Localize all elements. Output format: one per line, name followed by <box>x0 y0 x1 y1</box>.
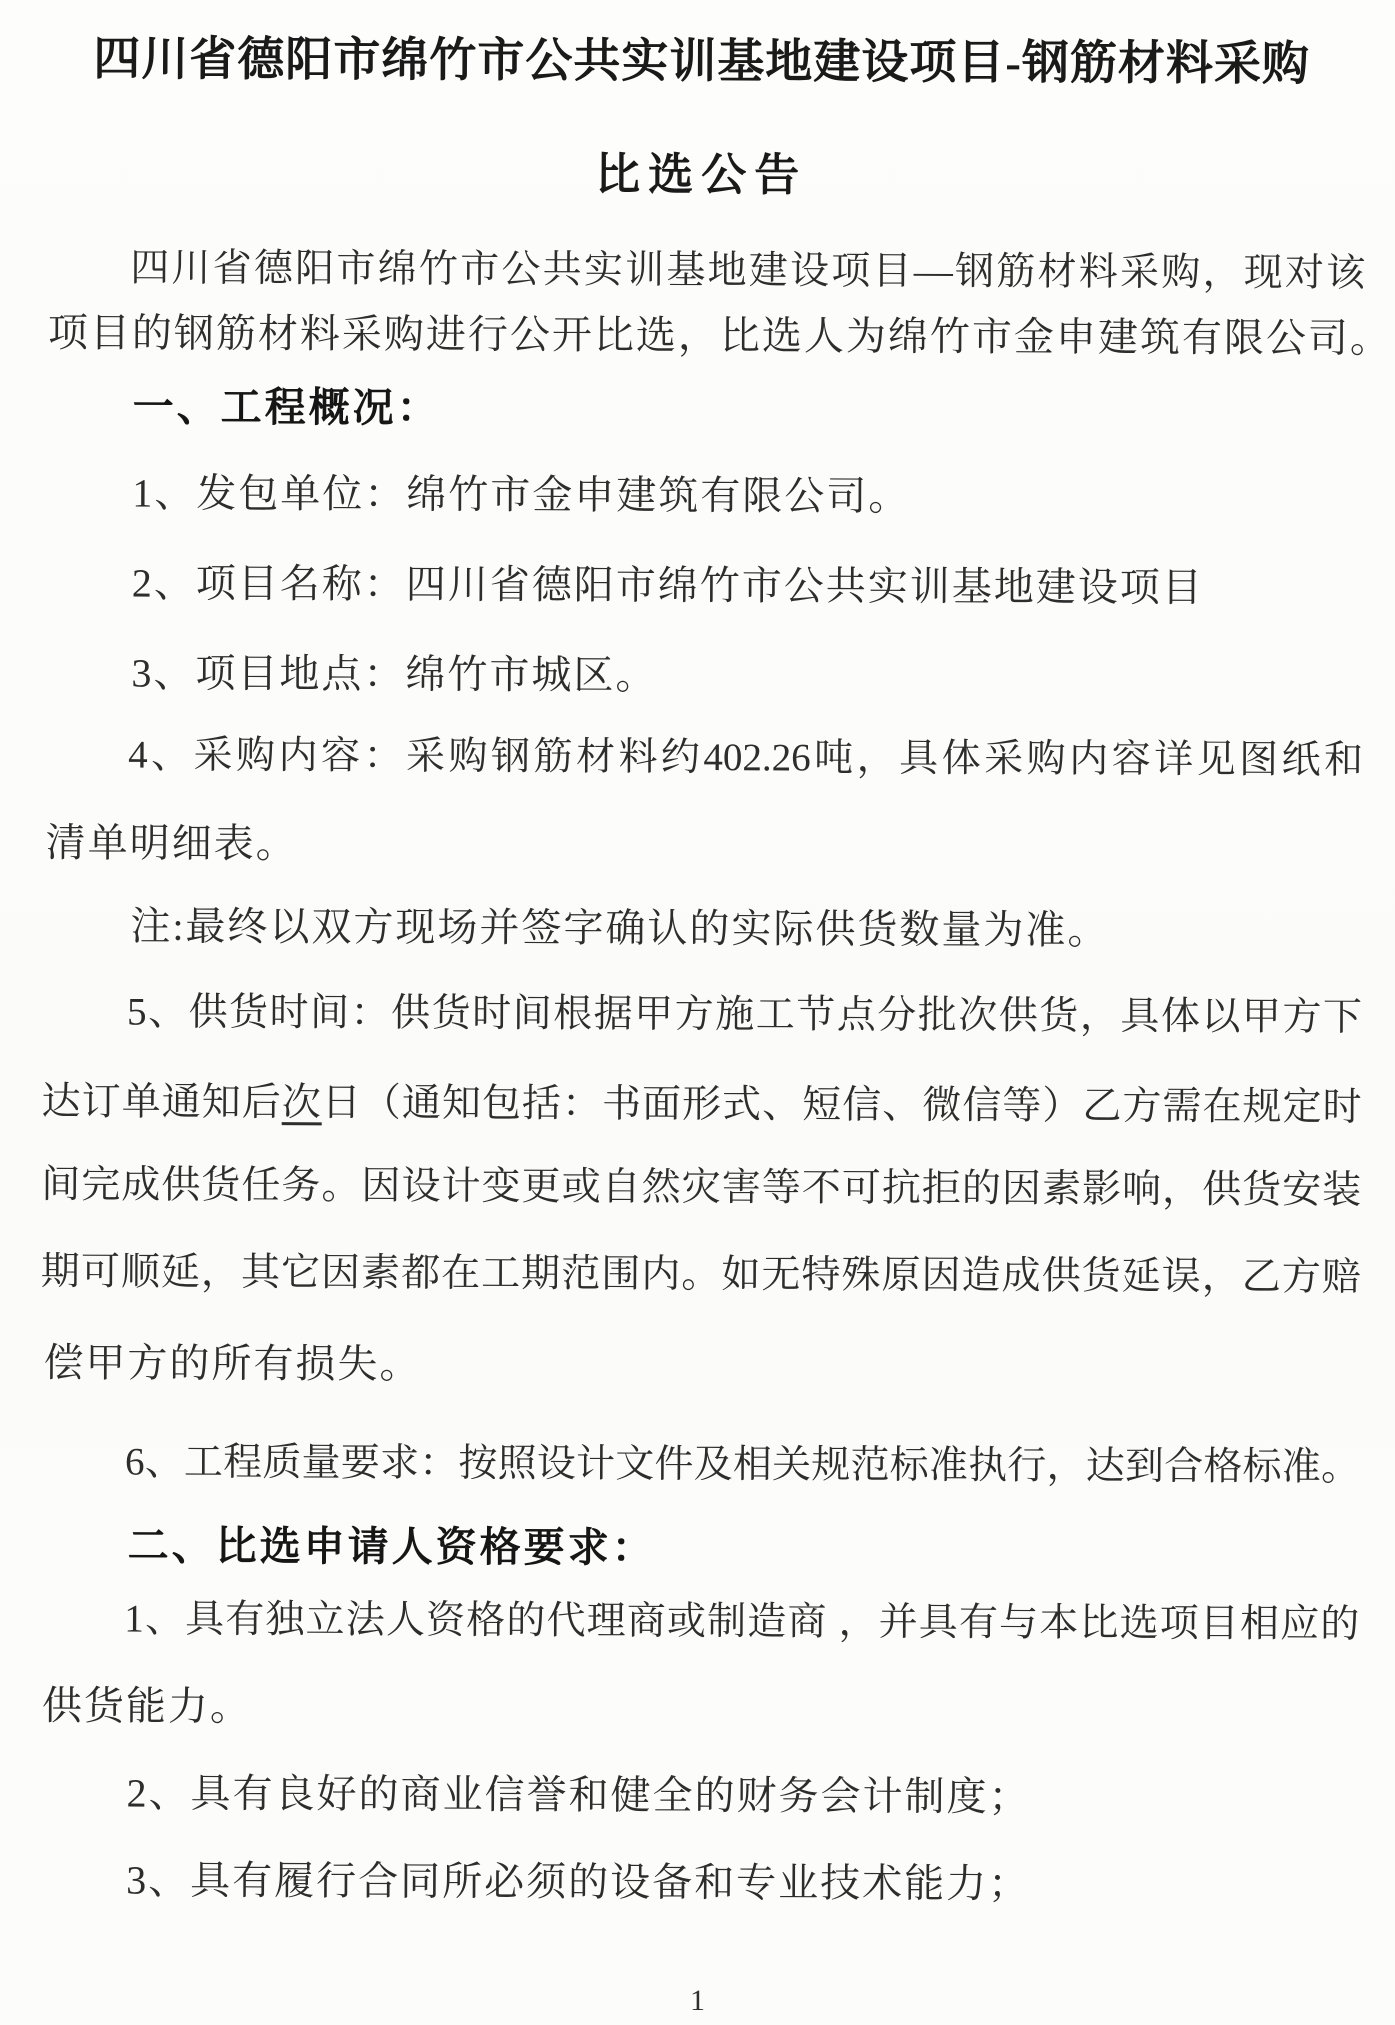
item-5-line-2-prefix: 达订单通知后 <box>42 1080 282 1124</box>
document-content: 四川省德阳市绵竹市公共实训基地建设项目-钢筋材料采购 比选公告 四川省德阳市绵竹… <box>0 0 1395 2025</box>
section-2-item-1-line-2: 供货能力。 <box>42 1682 252 1731</box>
item-5-line-2-suffix: 日（通知包括：书面形式、短信、微信等）乙方需在规定时 <box>322 1081 1362 1129</box>
section-2-item-2: 2、具有良好的商业信誉和健全的财务会计制度； <box>41 1769 1030 1821</box>
item-5-underlined-char: 次 <box>282 1081 322 1124</box>
scanned-document-page: 四川省德阳市绵竹市公共实训基地建设项目-钢筋材料采购 比选公告 四川省德阳市绵竹… <box>0 0 1395 2025</box>
section-1-item-5-line-1: 5、供货时间：供货时间根据甲方施工节点分批次供货，具体以甲方下 <box>42 989 1362 1042</box>
section-1-item-1: 1、发包单位：绵竹市金申建筑有限公司。 <box>47 469 910 521</box>
section-2-heading: 二、比选申请人资格要求： <box>43 1521 656 1573</box>
section-1-item-4-line-2: 清单明细表。 <box>46 819 298 868</box>
document-title-line-1: 四川省德阳市绵竹市公共实训基地建设项目-钢筋材料采购 <box>4 31 1395 93</box>
section-1-item-4-line-1: 4、采购内容：采购钢筋材料约402.26吨，具体采购内容详见图纸和 <box>43 732 1363 785</box>
intro-paragraph-line-2: 项目的钢筋材料采购进行公开比选，比选人为绵竹市金申建筑有限公司。 <box>48 309 1392 363</box>
intro-paragraph-line-1: 四川省德阳市绵竹市公共实训基地建设项目—钢筋材料采购，现对该 <box>45 245 1365 298</box>
page-number: 1 <box>0 1984 1395 2018</box>
section-2-item-1-line-1: 1、具有独立法人资格的代理商或制造商 ，并具有与本比选项目相应的 <box>39 1596 1359 1649</box>
section-2-item-3: 3、具有履行合同所必须的设备和专业技术能力； <box>41 1856 1030 1908</box>
section-1-item-6: 6、工程质量要求：按照设计文件及相关规范标准执行，达到合格标准。 <box>40 1439 1360 1492</box>
section-1-item-5-line-2: 达订单通知后次日（通知包括：书面形式、短信、微信等）乙方需在规定时 <box>41 1079 1361 1132</box>
section-1-item-5-line-4: 期可顺延，其它因素都在工期范围内。如无特殊原因造成供货延误，乙方赔 <box>41 1249 1361 1302</box>
section-1-item-5-line-3: 间完成供货任务。因设计变更或自然灾害等不可抗拒的因素影响，供货安装 <box>41 1162 1361 1215</box>
section-1-heading: 一、工程概况： <box>48 382 441 433</box>
section-1-item-5-line-5: 偿甲方的所有损失。 <box>43 1339 421 1389</box>
document-title-line-2: 比选公告 <box>4 145 1395 205</box>
section-1-item-3: 3、项目地点：绵竹市城区。 <box>46 649 657 700</box>
section-1-item-2: 2、项目名称：四川省德阳市绵竹市公共实训基地建设项目 <box>47 559 1204 612</box>
section-1-note: 注:最终以双方现场并签字确认的实际供货数量为准。 <box>45 902 1109 955</box>
